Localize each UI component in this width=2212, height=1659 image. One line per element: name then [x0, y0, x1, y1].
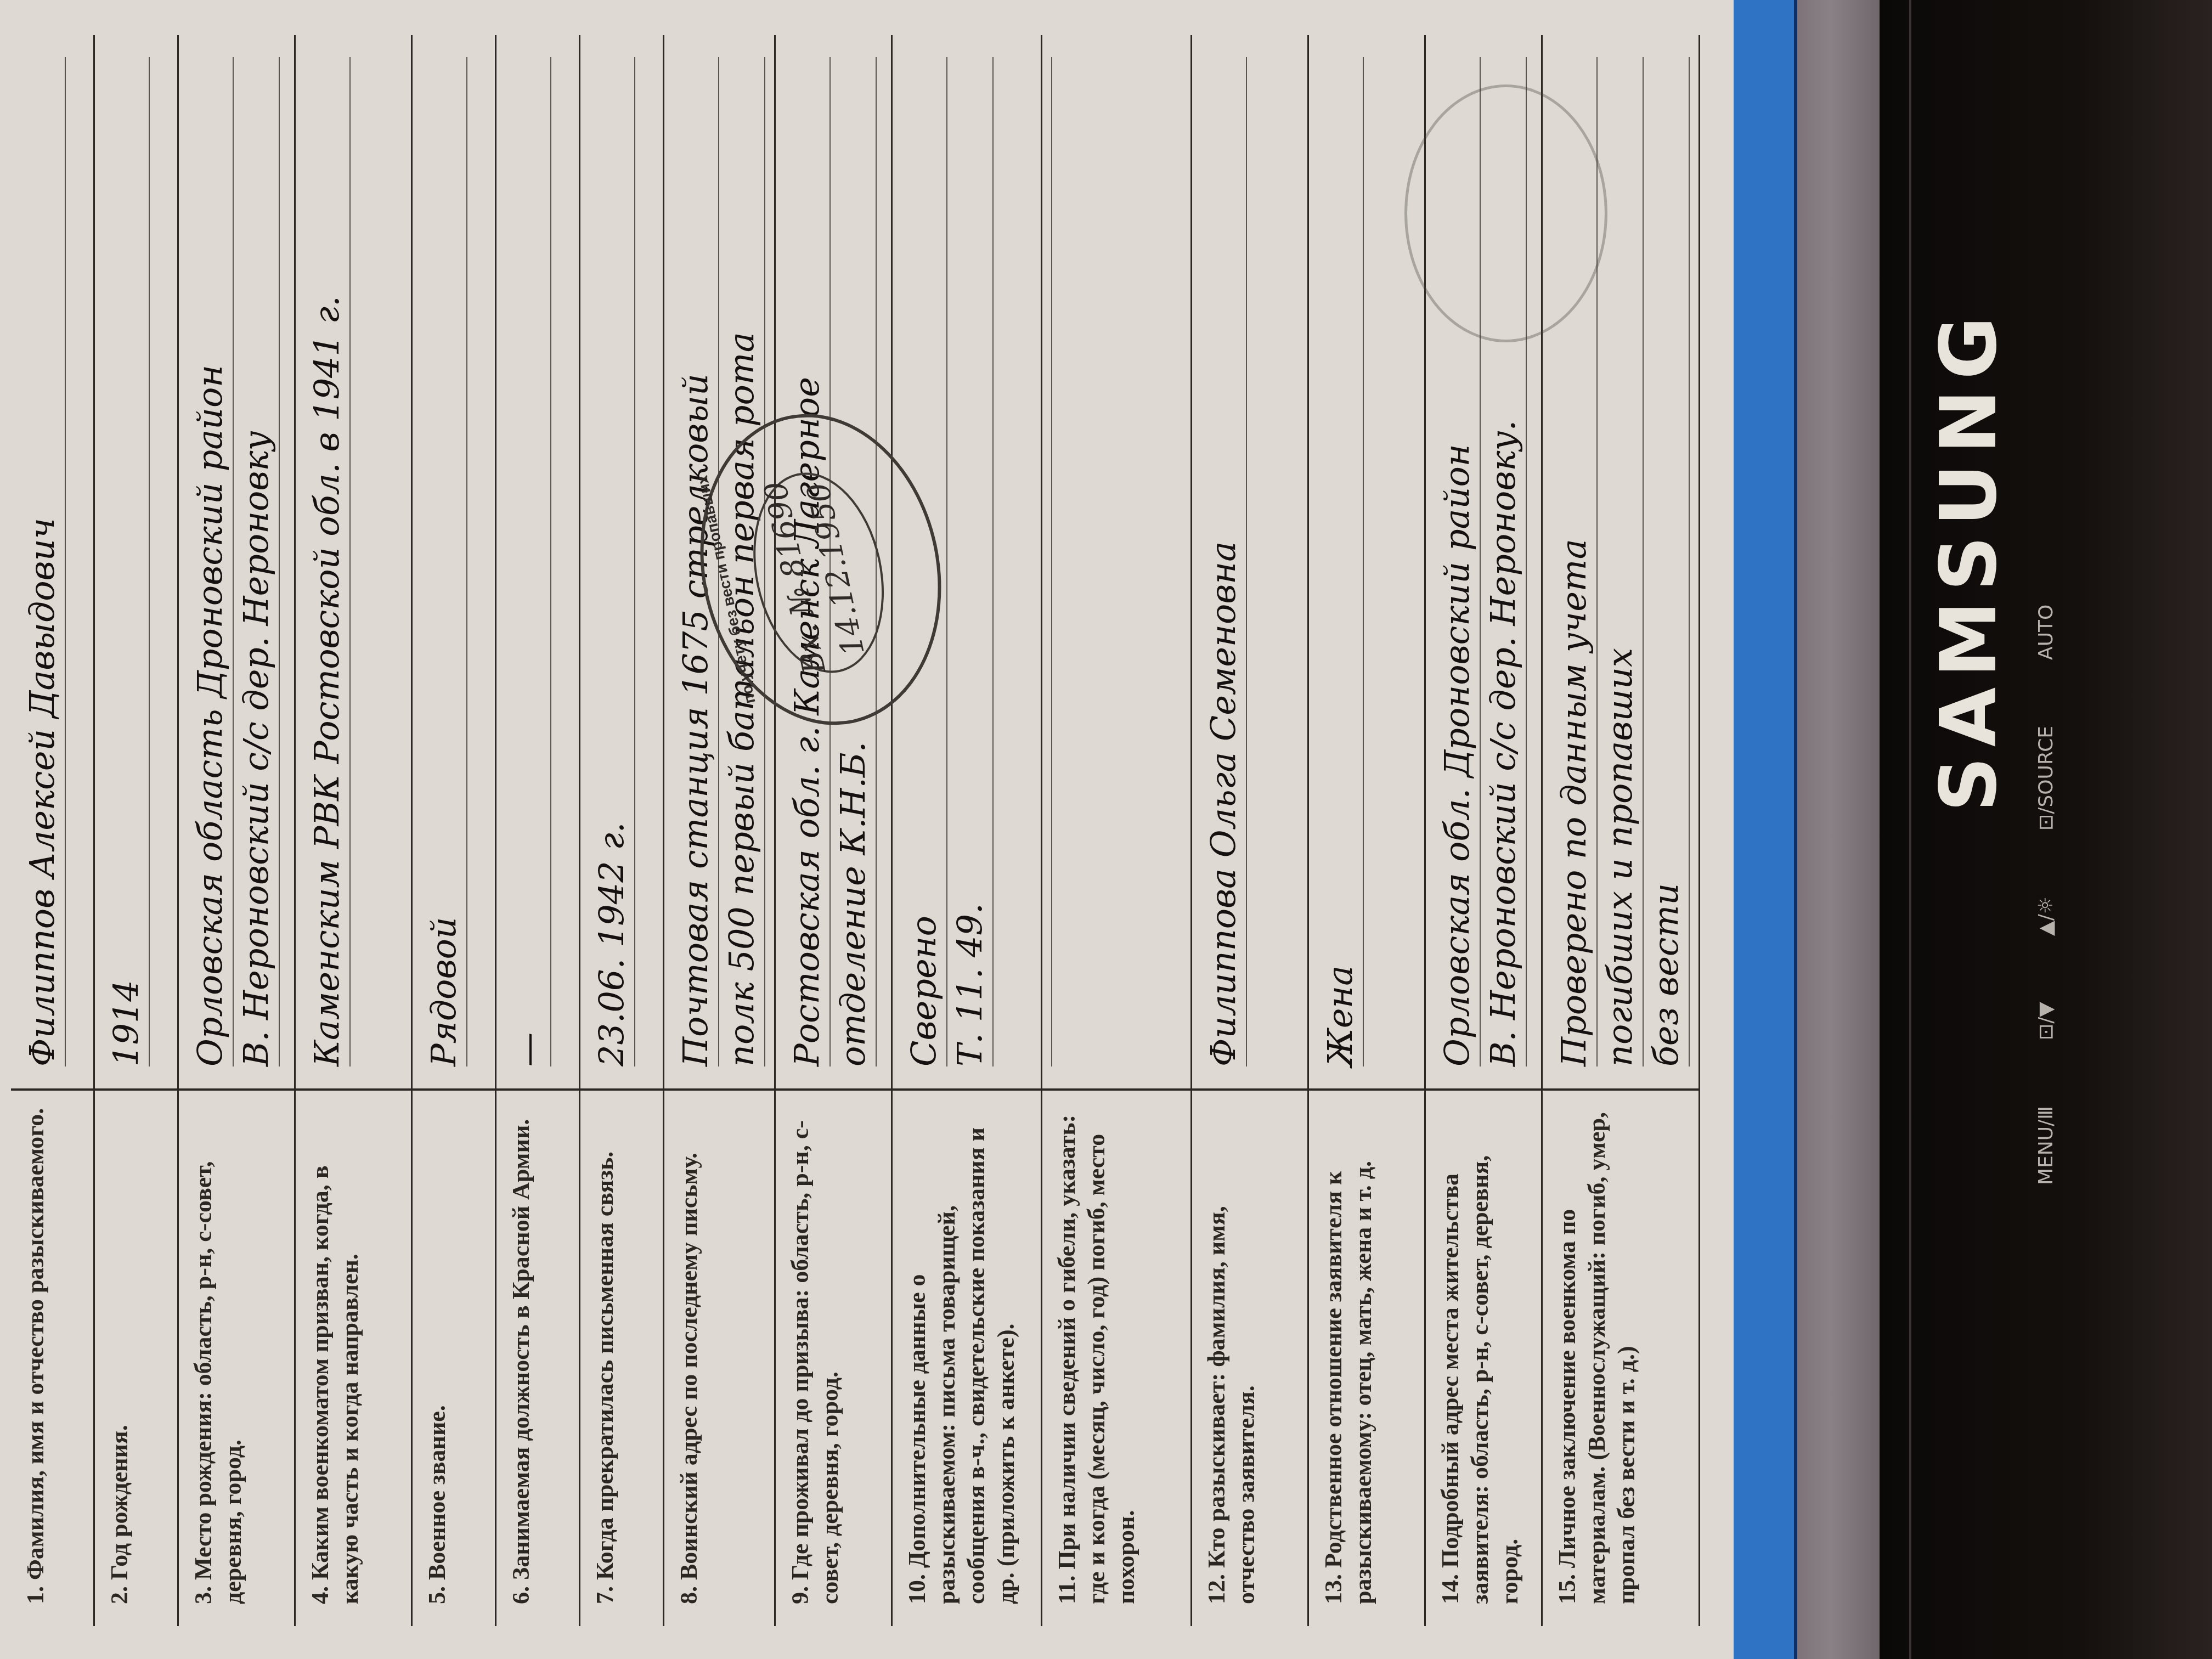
form-row: 4. Каким военкоматом призван, когда, в к…	[296, 35, 413, 1626]
handwritten-answer: Орловская область Дроновский районВ. Нер…	[179, 35, 294, 1088]
field-label: 10. Дополнительные данные о разыскиваемо…	[893, 1088, 1041, 1626]
answer-line: Филиппова Ольга Семеновна	[1201, 57, 1247, 1066]
window-frame	[1734, 0, 1797, 1659]
handwritten-answer: Рядовой	[413, 35, 495, 1088]
field-label: 9. Где проживал до призыва: область, р-н…	[776, 1088, 891, 1626]
monitor-button-label[interactable]: ⊡/▼	[2030, 1002, 2063, 1040]
brand-logo: SAMSUNG	[1926, 318, 2013, 812]
field-label: 7. Когда прекратилась письменная связь.	[580, 1088, 663, 1626]
answer-line: Жена	[1318, 57, 1364, 1066]
attachment-section: 16. Приложение12декабря1950 г.ФилЛичная …	[1728, 35, 1734, 1626]
handwritten-answer: —	[496, 35, 579, 1088]
stamp-inner: Вх. № 81690 14.12.1950	[736, 460, 901, 685]
answer-line: —	[505, 57, 551, 1066]
monitor-button-label[interactable]: ⊡/SOURCE	[2030, 726, 2063, 831]
field-label: 4. Каким военкоматом призван, когда, в к…	[296, 1088, 411, 1626]
field-label: 11. При наличии сведений о гибели, указа…	[1042, 1088, 1190, 1626]
monitor-screen: 1. Фамилия, имя и отчество разыскиваемог…	[0, 0, 1734, 1659]
handwritten-answer: Филиппова Ольга Семеновна	[1192, 35, 1307, 1088]
handwritten-answer	[1042, 35, 1190, 1088]
form-row: 11. При наличии сведений о гибели, указа…	[1042, 35, 1192, 1626]
field-label: 8. Воинский адрес по последнему письму.	[664, 1088, 774, 1626]
answer-line: Филиппов Алексей Давыдович	[20, 57, 66, 1066]
form-row: 5. Военное звание.Рядовой	[413, 35, 496, 1626]
attachment-label: 16. Приложение	[1728, 35, 1734, 1626]
field-label: 1. Фамилия, имя и отчество разыскиваемог…	[11, 1088, 93, 1626]
form-row: 2. Год рождения.1914	[95, 35, 179, 1626]
answer-line: без вести	[1644, 57, 1690, 1066]
answer-line: Каменским РВК Ростовской обл. в 1941 г.	[304, 57, 351, 1066]
form-row: 6. Занимаемая должность в Красной Армии.…	[496, 35, 580, 1626]
field-label: 13. Родственное отношение заявителя к ра…	[1309, 1088, 1424, 1626]
answer-line: Т. 11. 49.	[947, 57, 994, 1066]
form-row: 12. Кто разыскивает: фамилия, имя, отчес…	[1192, 35, 1309, 1626]
answer-line: Рядовой	[421, 57, 467, 1066]
answer-line: 23.06. 1942 г.	[589, 57, 635, 1066]
field-label: 3. Место рождения: область, р-н, с-совет…	[179, 1088, 294, 1626]
monitor-button-label[interactable]: AUTO	[2030, 605, 2063, 660]
field-label: 5. Военное звание.	[413, 1088, 495, 1626]
form-row: 8. Воинский адрес по последнему письму.П…	[664, 35, 776, 1626]
monitor-button-label[interactable]: ▲/☼	[2030, 896, 2063, 936]
field-label: 6. Занимаемая должность в Красной Армии.	[496, 1088, 579, 1626]
scanned-form-document: 1. Фамилия, имя и отчество разыскиваемог…	[0, 0, 1734, 1659]
form-row: 9. Где проживал до призыва: область, р-н…	[776, 35, 893, 1626]
handwritten-answer: Филиппов Алексей Давыдович	[11, 35, 93, 1088]
field-label: 14. Подробный адрес места жительства зая…	[1426, 1088, 1541, 1626]
monitor-button-labels: MENU/Ⅲ⊡/▼▲/☼⊡/SOURCEAUTO	[2030, 252, 2063, 1185]
form-row: 7. Когда прекратилась письменная связь.2…	[580, 35, 664, 1626]
answer-line: Орловская область Дроновский район	[188, 57, 234, 1066]
monitor-button-label[interactable]: MENU/Ⅲ	[2030, 1106, 2063, 1185]
field-label: 15. Личное заключение военкома по матери…	[1543, 1088, 1699, 1626]
screen-edge	[1797, 0, 1880, 1659]
form-row: 10. Дополнительные данные о разыскиваемо…	[893, 35, 1042, 1626]
field-label: 2. Год рождения.	[95, 1088, 177, 1626]
form-row: 13. Родственное отношение заявителя к ра…	[1309, 35, 1426, 1626]
answer-line: 1914	[104, 57, 150, 1066]
handwritten-answer: 23.06. 1942 г.	[580, 35, 663, 1088]
form-row: 1. Фамилия, имя и отчество разыскиваемог…	[11, 35, 95, 1626]
answer-line: В. Нероновский с/с дер. Нероновку	[234, 57, 280, 1066]
bezel-edge-line	[1909, 0, 1911, 1659]
form-row: 3. Место рождения: область, р-н, с-совет…	[179, 35, 296, 1626]
faded-seal	[1404, 84, 1607, 342]
handwritten-answer: Каменским РВК Ростовской обл. в 1941 г.	[296, 35, 411, 1088]
handwritten-answer: 1914	[95, 35, 177, 1088]
answer-line	[1051, 57, 1052, 1066]
field-label: 12. Кто разыскивает: фамилия, имя, отчес…	[1192, 1088, 1307, 1626]
